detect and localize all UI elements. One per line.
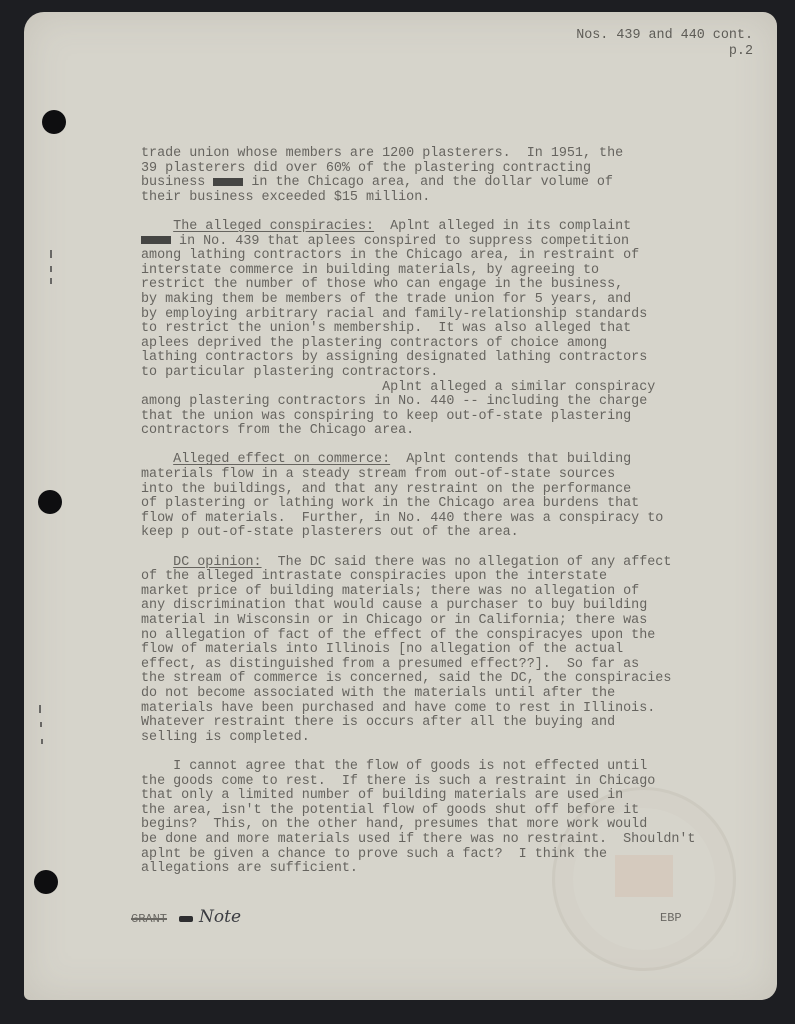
text-line: the goods come to rest. If there is such…	[141, 775, 761, 790]
binder-hole-bottom	[34, 870, 58, 894]
text-line: flow of materials into Illinois [no alle…	[141, 643, 761, 658]
paragraph-intro: trade union whose members are 1200 plast…	[141, 147, 761, 205]
document-page: Nos. 439 and 440 cont. p.2 trade union w…	[24, 12, 777, 1000]
text-line: by making them be members of the trade u…	[141, 293, 761, 308]
text-line: lathing contractors by assigning designa…	[141, 351, 761, 366]
text-line: be done and more materials used if there…	[141, 833, 761, 848]
text-line: I cannot agree that the flow of goods is…	[141, 760, 761, 775]
text-line: in No. 439 that aplees conspired to supp…	[141, 235, 761, 250]
margin-mark	[41, 739, 43, 744]
text-line: that the union was conspiring to keep ou…	[141, 410, 761, 425]
text-line: trade union whose members are 1200 plast…	[141, 147, 761, 162]
text-line: effect, as distinguished from a presumed…	[141, 658, 761, 673]
redaction-mark	[213, 178, 243, 186]
text-line: keep p out-of-state plasterers out of th…	[141, 526, 761, 541]
text-line: among plastering contractors in No. 440 …	[141, 395, 761, 410]
paragraph-alleged-conspiracies: The alleged conspiracies: Aplnt alleged …	[141, 220, 761, 439]
text-line: materials have been purchased and have c…	[141, 702, 761, 717]
text-line: aplees deprived the plastering contracto…	[141, 337, 761, 352]
text-line: 39 plasterers did over 60% of the plaste…	[141, 162, 761, 177]
section-heading: DC opinion:	[173, 555, 261, 570]
memo-body: trade union whose members are 1200 plast…	[141, 147, 761, 877]
struck-disposition: GRANT	[131, 912, 167, 926]
paragraph-dc-opinion: DC opinion: The DC said there was no all…	[141, 556, 761, 746]
redaction-mark	[141, 236, 171, 244]
text-line: to particular plastering contractors.	[141, 366, 761, 381]
text-line: that only a limited number of building m…	[141, 789, 761, 804]
binder-hole-middle	[38, 490, 62, 514]
page-number: p.2	[576, 44, 753, 60]
text-line: Alleged effect on commerce: Aplnt conten…	[141, 453, 761, 468]
author-initials: EBP	[660, 911, 682, 925]
section-heading: The alleged conspiracies:	[173, 219, 374, 234]
paragraph-comment: I cannot agree that the flow of goods is…	[141, 760, 761, 877]
disposition: GRANTNote	[131, 907, 241, 927]
text-line: allegations are sufficient.	[141, 862, 761, 877]
text-line: flow of materials. Further, in No. 440 t…	[141, 512, 761, 527]
text-line: their business exceeded $15 million.	[141, 191, 761, 206]
text-line: into the buildings, and that any restrai…	[141, 483, 761, 498]
margin-mark	[50, 278, 52, 284]
text-line: the area, isn't the potential flow of go…	[141, 804, 761, 819]
ink-mark	[179, 916, 193, 922]
margin-mark	[50, 250, 52, 258]
text-line: begins? This, on the other hand, presume…	[141, 818, 761, 833]
text-line: restrict the number of those who can eng…	[141, 278, 761, 293]
text-line: Aplnt alleged a similar conspiracy	[141, 381, 761, 396]
text-line: of plastering or lathing work in the Chi…	[141, 497, 761, 512]
text-line: interstate commerce in building material…	[141, 264, 761, 279]
text-line: market price of building materials; ther…	[141, 585, 761, 600]
text-line: aplnt be given a chance to prove such a …	[141, 848, 761, 863]
text-line: to restrict the union's membership. It w…	[141, 322, 761, 337]
text-line: business in the Chicago area, and the do…	[141, 176, 761, 191]
text-line: The alleged conspiracies: Aplnt alleged …	[141, 220, 761, 235]
text-line: selling is completed.	[141, 731, 761, 746]
margin-mark	[50, 266, 52, 272]
binder-hole-top	[42, 110, 66, 134]
text-line: contractors from the Chicago area.	[141, 424, 761, 439]
text-line: no allegation of fact of the effect of t…	[141, 629, 761, 644]
text-line: material in Wisconsin or in Chicago or i…	[141, 614, 761, 629]
case-numbers: Nos. 439 and 440 cont.	[576, 28, 753, 44]
text-line: do not become associated with the materi…	[141, 687, 761, 702]
margin-mark	[40, 722, 42, 727]
text-line: materials flow in a steady stream from o…	[141, 468, 761, 483]
text-line: Whatever restraint there is occurs after…	[141, 716, 761, 731]
text-line: by employing arbitrary racial and family…	[141, 308, 761, 323]
margin-mark	[39, 705, 41, 713]
page-header: Nos. 439 and 440 cont. p.2	[576, 28, 753, 60]
handwritten-note: Note	[199, 907, 241, 927]
text-line: DC opinion: The DC said there was no all…	[141, 556, 761, 571]
text-line: among lathing contractors in the Chicago…	[141, 249, 761, 264]
text-line: of the alleged intrastate conspiracies u…	[141, 570, 761, 585]
paragraph-alleged-effect: Alleged effect on commerce: Aplnt conten…	[141, 453, 761, 541]
text-line: any discrimination that would cause a pu…	[141, 599, 761, 614]
section-heading: Alleged effect on commerce:	[173, 452, 390, 467]
text-line: the stream of commerce is concerned, sai…	[141, 672, 761, 687]
